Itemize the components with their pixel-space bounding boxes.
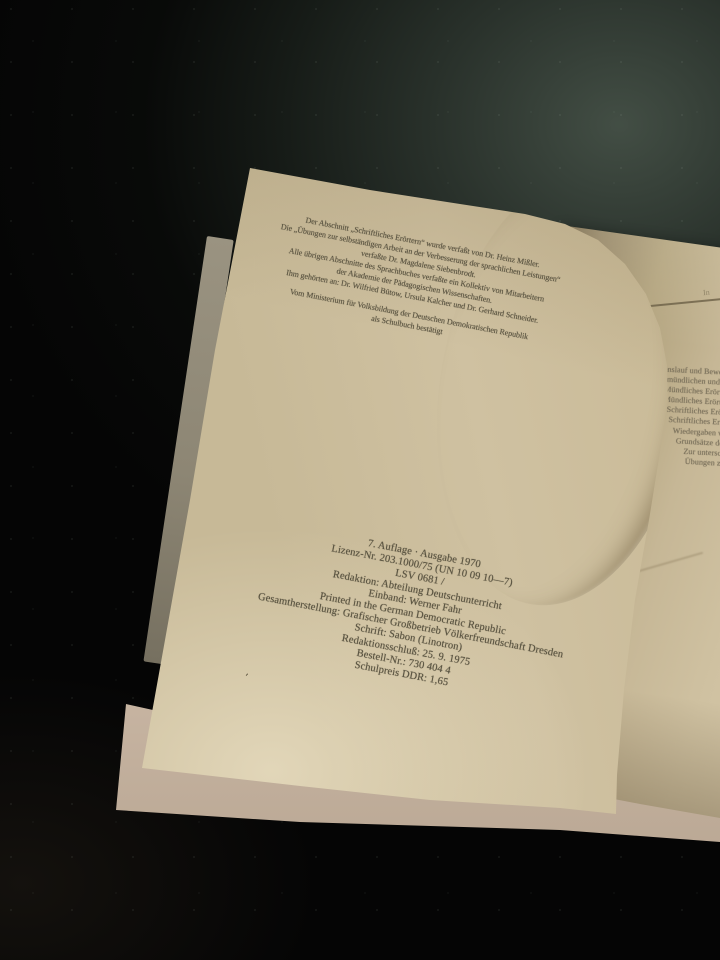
photo-canvas: Lebenslauf und Bewerb Zum mündlichen und…	[0, 0, 720, 960]
colophon-block: 7. Auflage · Ausgabe 1970 Lizenz-Nr. 203…	[172, 505, 654, 724]
stray-mark: ′	[242, 672, 249, 684]
toc-header-fragment: In	[703, 288, 710, 298]
